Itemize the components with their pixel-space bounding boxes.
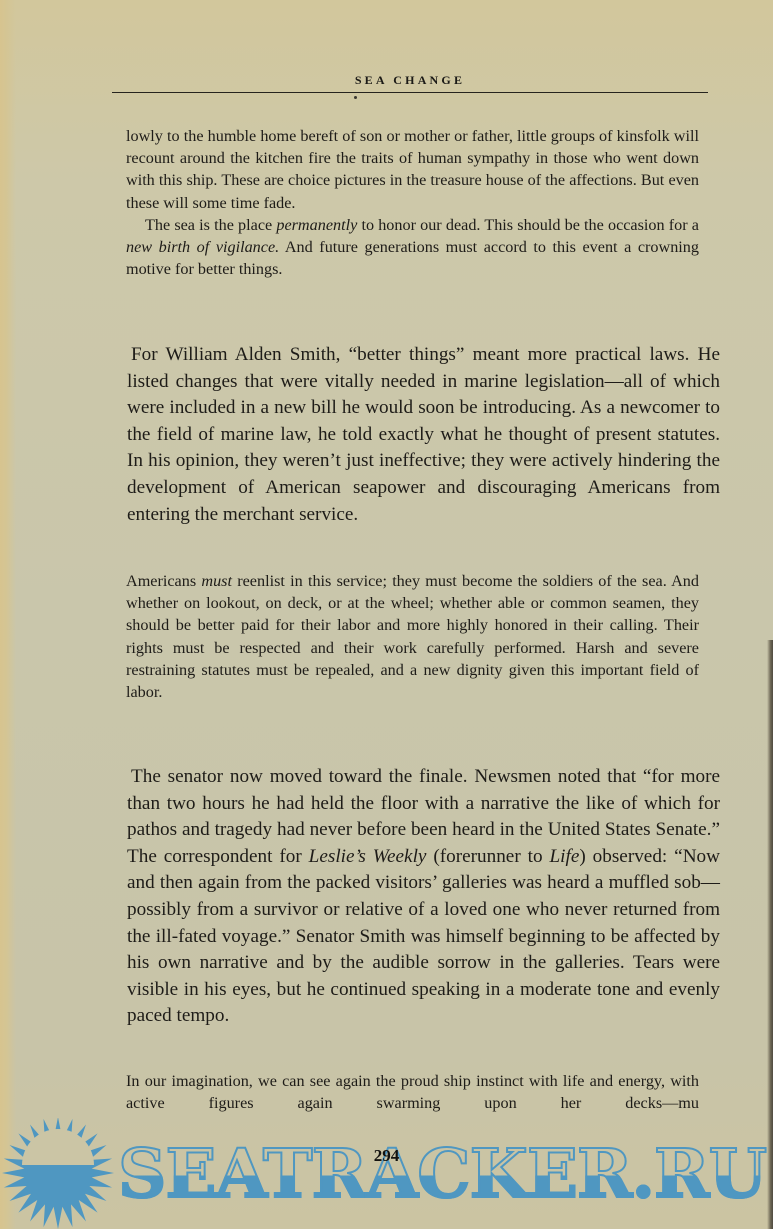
sun-icon [0, 1118, 116, 1229]
emphasis-permanently: permanently [276, 216, 357, 234]
text-run: (forerunner to [426, 846, 549, 867]
text-run: ) observed: “Now and then again from the… [127, 846, 720, 1027]
quoted-extract-3: In our imagination, we can see again the… [126, 1070, 699, 1114]
page-binding-edge [0, 0, 16, 1229]
extract-1-paragraph-2: The sea is the place permanently to hono… [126, 214, 699, 281]
extract-2-paragraph: Americans must reenlist in this service;… [126, 570, 699, 703]
text-run: reenlist in this service; they must beco… [126, 572, 699, 701]
header-rule-dot [354, 96, 357, 99]
running-head-title: SEA CHANGE [112, 73, 708, 88]
header-rule [112, 92, 708, 93]
emphasis-life: Life [549, 846, 579, 867]
text-run: The sea is the place [145, 216, 276, 234]
body-paragraph-2: The senator now moved toward the finale.… [127, 764, 720, 1030]
quoted-extract-2: Americans must reenlist in this service;… [126, 570, 699, 703]
body-paragraph-1: For William Alden Smith, “better things”… [127, 342, 720, 528]
text-run: Americans [126, 572, 201, 590]
emphasis-vigilance: new birth of vigilance. [126, 238, 279, 256]
page-number: 294 [0, 1146, 773, 1166]
extract-1-paragraph-1: lowly to the humble home bereft of son o… [126, 125, 699, 214]
emphasis-must: must [201, 572, 232, 590]
watermark: SEATRACKER.RU [0, 1118, 773, 1229]
quoted-extract-1: lowly to the humble home bereft of son o… [126, 125, 699, 280]
emphasis-leslies-weekly: Leslie’s Weekly [309, 846, 427, 867]
watermark-text: SEATRACKER.RU [118, 1118, 766, 1229]
text-run: to honor our dead. This should be the oc… [357, 216, 699, 234]
